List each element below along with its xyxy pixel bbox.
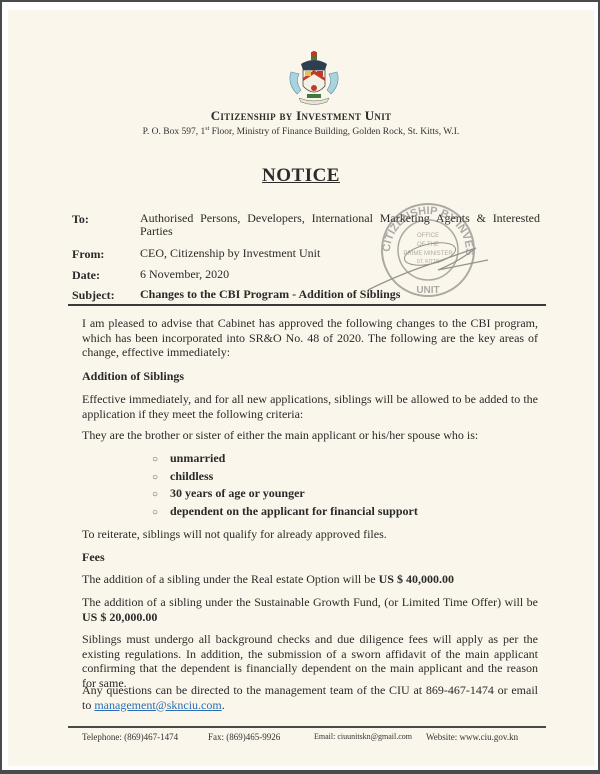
checks-paragraph: Siblings must undergo all background che… xyxy=(82,632,538,690)
document-frame: Citizenship by Investment Unit P. O. Box… xyxy=(2,2,598,770)
contact-paragraph: Any questions can be directed to the man… xyxy=(82,683,538,712)
footer-website: Website: www.ciu.gov.kn xyxy=(426,732,518,742)
fee-text: The addition of a sibling under the Sust… xyxy=(82,595,538,609)
bullet-circle-icon: ○ xyxy=(152,451,170,469)
reiterate-paragraph: To reiterate, siblings will not qualify … xyxy=(82,527,538,542)
criteria-text: 30 years of age or younger xyxy=(170,486,305,500)
date-label: Date: xyxy=(72,268,100,283)
header-divider xyxy=(68,304,546,306)
footer-fax: Fax: (869)465-9926 xyxy=(208,732,280,742)
from-label: From: xyxy=(72,247,104,262)
fee-amount: US $ 40,000.00 xyxy=(379,572,454,586)
letter-page: Citizenship by Investment Unit P. O. Box… xyxy=(8,10,594,766)
footer-email: Email: ciuunitskn@gmail.com xyxy=(314,732,412,741)
footer-telephone: Telephone: (869)467-1474 xyxy=(82,732,178,742)
criteria-intro: They are the brother or sister of either… xyxy=(82,428,538,443)
criteria-item: ○dependent on the applicant for financia… xyxy=(152,503,418,521)
coat-of-arms-icon xyxy=(287,50,341,110)
organization-address: P. O. Box 597, 1st Floor, Ministry of Fi… xyxy=(8,126,594,137)
to-label: To: xyxy=(72,212,89,227)
fee-real-estate: The addition of a sibling under the Real… xyxy=(82,572,538,587)
subject-value: Changes to the CBI Program - Addition of… xyxy=(140,288,540,301)
address-part: P. O. Box 597, 1 xyxy=(143,127,206,137)
bullet-circle-icon: ○ xyxy=(152,486,170,504)
notice-title: NOTICE xyxy=(8,165,594,187)
criteria-item: ○unmarried xyxy=(152,450,418,468)
bullet-circle-icon: ○ xyxy=(152,504,170,522)
date-value: 6 November, 2020 xyxy=(140,268,540,281)
organization-name: Citizenship by Investment Unit xyxy=(8,108,594,124)
criteria-item: ○childless xyxy=(152,468,418,486)
fees-heading: Fees xyxy=(82,550,105,565)
fee-text: The addition of a sibling under the Real… xyxy=(82,572,379,586)
subject-label: Subject: xyxy=(72,288,115,303)
siblings-heading: Addition of Siblings xyxy=(82,369,184,384)
bullet-circle-icon: ○ xyxy=(152,469,170,487)
address-part: Floor, Ministry of Finance Building, Gol… xyxy=(209,127,459,137)
criteria-text: childless xyxy=(170,469,213,483)
siblings-paragraph: Effective immediately, and for all new a… xyxy=(82,392,538,421)
fee-amount: US $ 20,000.00 xyxy=(82,610,157,624)
to-value: Authorised Persons, Developers, Internat… xyxy=(140,212,540,238)
email-link[interactable]: management@sknciu.com xyxy=(94,698,221,712)
contact-end: . xyxy=(222,698,225,712)
intro-paragraph: I am pleased to advise that Cabinet has … xyxy=(82,316,538,360)
from-value: CEO, Citizenship by Investment Unit xyxy=(140,247,540,260)
criteria-text: dependent on the applicant for financial… xyxy=(170,504,418,518)
criteria-item: ○30 years of age or younger xyxy=(152,485,418,503)
criteria-text: unmarried xyxy=(170,451,225,465)
footer-divider xyxy=(68,726,546,728)
fee-sgf: The addition of a sibling under the Sust… xyxy=(82,595,538,624)
criteria-list: ○unmarried ○childless ○30 years of age o… xyxy=(152,450,418,520)
